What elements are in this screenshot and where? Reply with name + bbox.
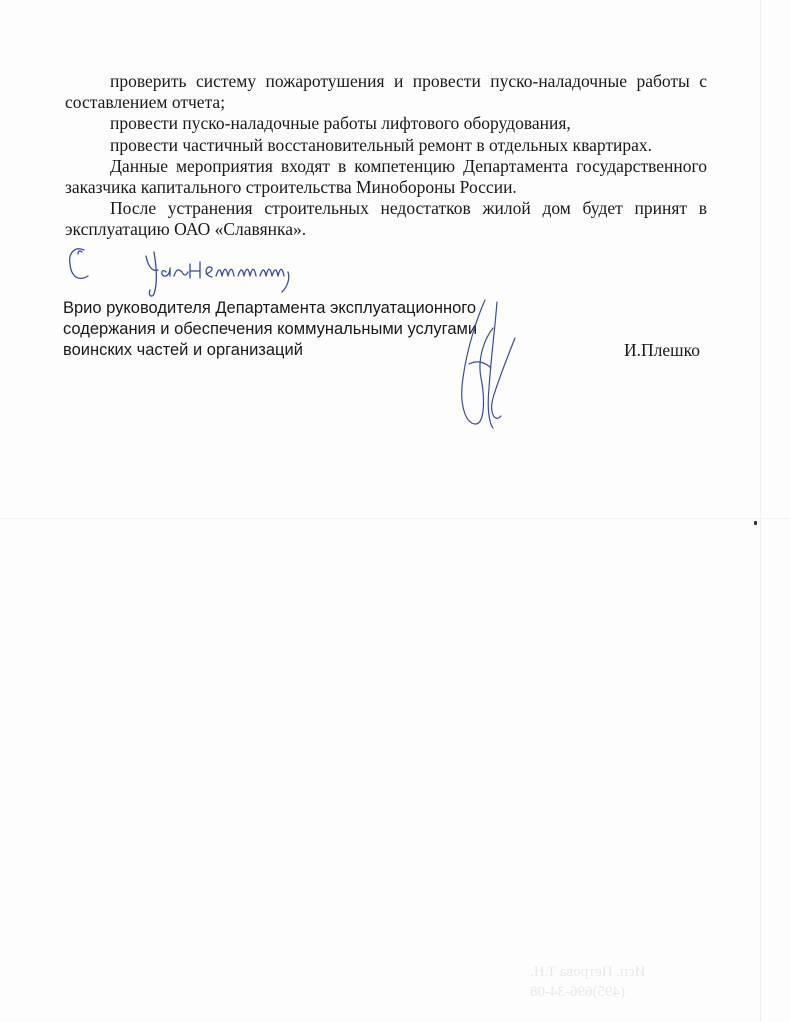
paragraph-fire-system: проверить систему пожаротушения и провес… <box>65 71 707 113</box>
signatory-title-line: воинских частей и организаций <box>63 340 477 361</box>
signatory-name: И.Плешко <box>624 340 700 361</box>
paragraph-repair: провести частичный восстановительный рем… <box>65 135 707 156</box>
paragraph-elevator: провести пуско-наладочные работы лифтово… <box>65 113 707 134</box>
handwritten-signature <box>455 298 525 433</box>
signatory-title-line: содержания и обеспечения коммунальными у… <box>63 319 477 340</box>
paragraph-acceptance: После устранения строительных недостатко… <box>65 198 707 240</box>
scan-page-edge <box>760 0 761 1022</box>
paragraph-competence: Данные мероприятия входят в компетенцию … <box>65 156 707 198</box>
signatory-title-line: Врио руководителя Департамента эксплуата… <box>63 298 477 319</box>
bleed-through-line: (495)696-34-08 <box>530 982 646 1002</box>
scan-speck <box>754 521 757 525</box>
signatory-title: Врио руководителя Департамента эксплуата… <box>63 298 477 361</box>
letter-body: проверить систему пожаротушения и провес… <box>65 71 707 241</box>
bleed-through-text: Исп. Петрова Т.Н. (495)696-34-08 <box>530 962 646 1002</box>
bleed-through-line: Исп. Петрова Т.Н. <box>530 962 646 982</box>
scan-fold-line <box>0 518 790 519</box>
handwritten-salutation <box>62 242 322 298</box>
